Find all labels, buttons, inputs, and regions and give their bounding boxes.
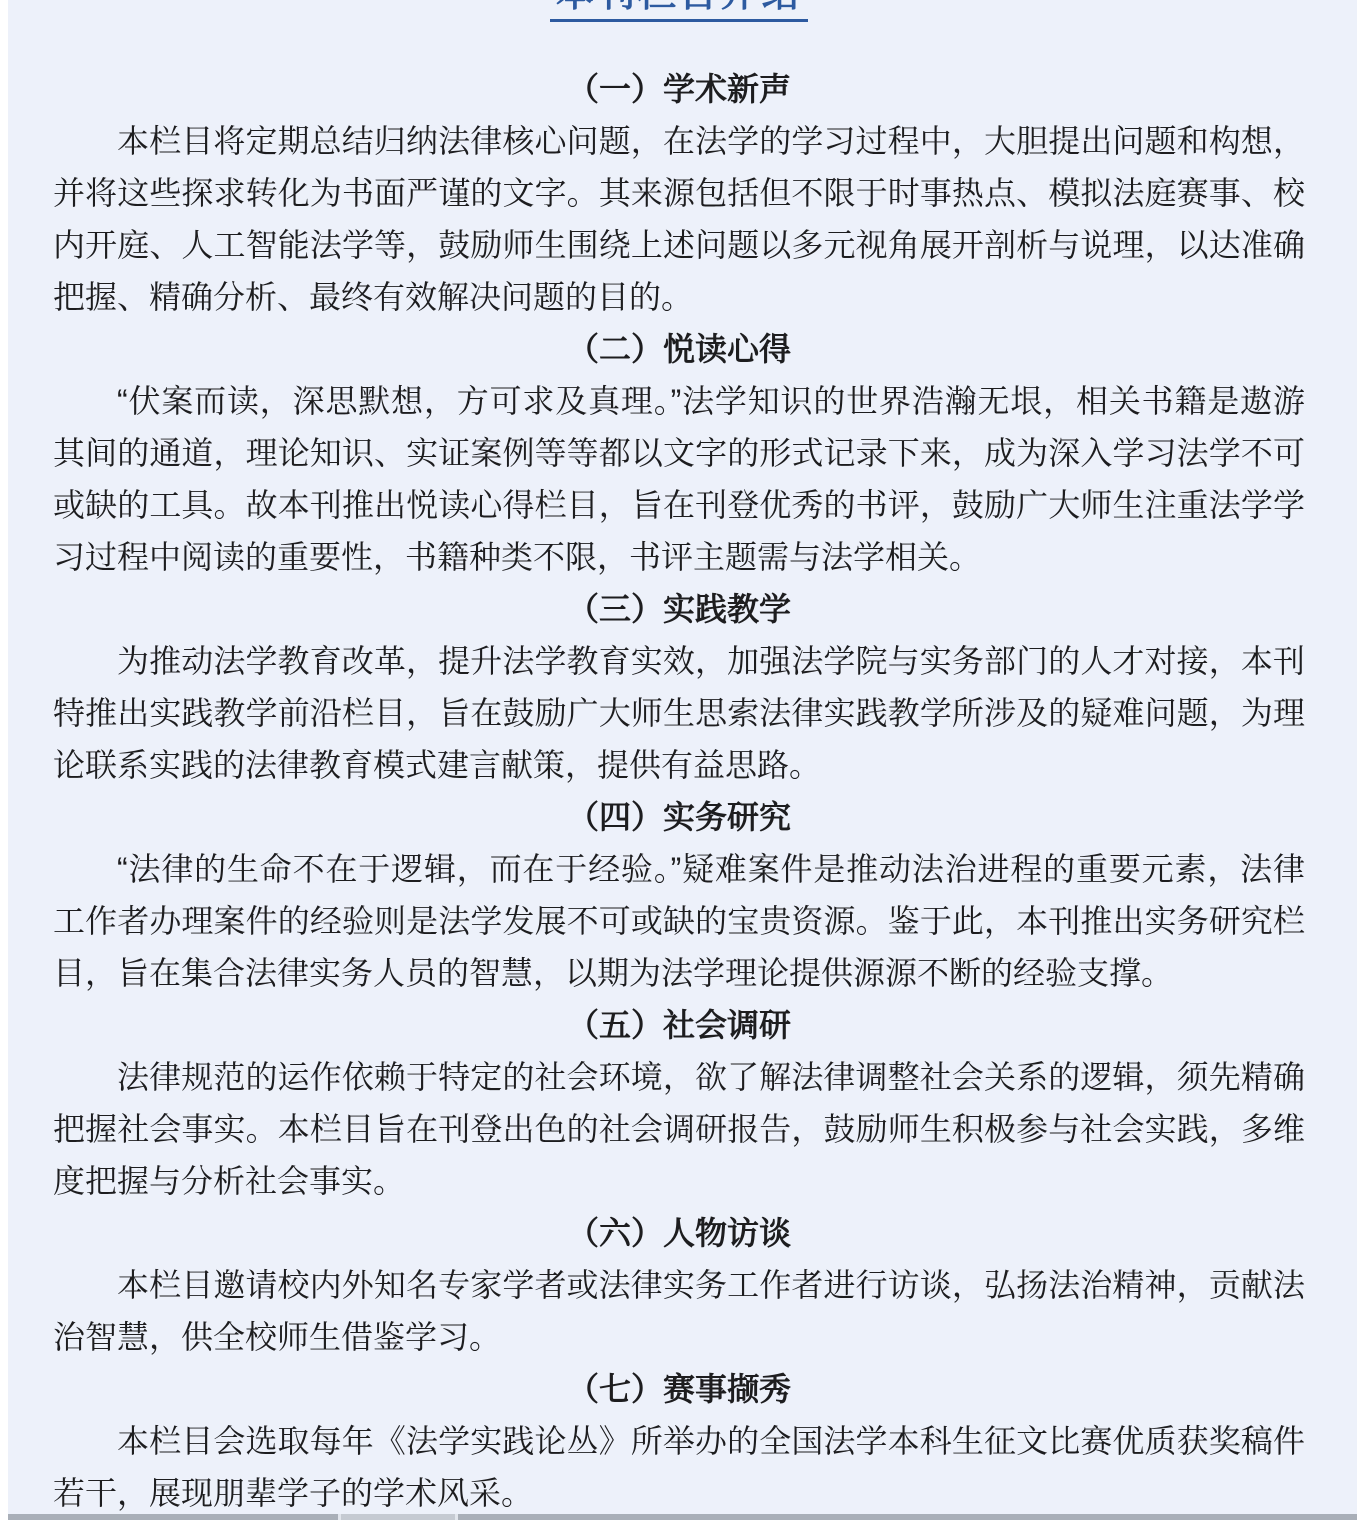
- section-body-paragraph: 本栏目邀请校内外知名专家学者或法律实务工作者进行访谈，弘扬法治精神，贡献法治智慧…: [53, 1259, 1305, 1363]
- section-body-paragraph: “法律的生命不在于逻辑，而在于经验。”疑难案件是推动法治进程的重要元素，法律工作…: [53, 843, 1305, 999]
- section-heading: （三）实践教学: [53, 583, 1305, 635]
- article-content: 本刊栏目介绍 （一）学术新声 本栏目将定期总结归纳法律核心问题，在法学的学习过程…: [0, 0, 1357, 1519]
- section-heading: （五）社会调研: [53, 999, 1305, 1051]
- bottom-cutoff-table-edge: [8, 1514, 1357, 1520]
- bottom-bar-light-segment: [341, 1514, 455, 1520]
- section-body-paragraph: 法律规范的运作依赖于特定的社会环境，欲了解法律调整社会关系的逻辑，须先精确把握社…: [53, 1051, 1305, 1207]
- section-heading: （七）赛事撷秀: [53, 1363, 1305, 1415]
- column-section: （七）赛事撷秀 本栏目会选取每年《法学实践论丛》所举办的全国法学本科生征文比赛优…: [53, 1363, 1305, 1519]
- column-section: （三）实践教学 为推动法学教育改革，提升法学教育实效，加强法学院与实务部门的人才…: [53, 583, 1305, 791]
- column-section: （六）人物访谈 本栏目邀请校内外知名专家学者或法律实务工作者进行访谈，弘扬法治精…: [53, 1207, 1305, 1363]
- left-margin-strip: [0, 0, 8, 1520]
- column-section: （二）悦读心得 “伏案而读，深思默想，方可求及真理。”法学知识的世界浩瀚无垠，相…: [53, 323, 1305, 583]
- section-body-paragraph: 本栏目会选取每年《法学实践论丛》所举办的全国法学本科生征文比赛优质获奖稿件若干，…: [53, 1415, 1305, 1519]
- section-heading: （一）学术新声: [53, 63, 1305, 115]
- column-section: （四）实务研究 “法律的生命不在于逻辑，而在于经验。”疑难案件是推动法治进程的重…: [53, 791, 1305, 999]
- section-body-paragraph: 本栏目将定期总结归纳法律核心问题，在法学的学习过程中，大胆提出问题和构想，并将这…: [53, 115, 1305, 323]
- column-section: （五）社会调研 法律规范的运作依赖于特定的社会环境，欲了解法律调整社会关系的逻辑…: [53, 999, 1305, 1207]
- sections-container: （一）学术新声 本栏目将定期总结归纳法律核心问题，在法学的学习过程中，大胆提出问…: [53, 63, 1305, 1519]
- article-page: 本刊栏目介绍 （一）学术新声 本栏目将定期总结归纳法律核心问题，在法学的学习过程…: [0, 0, 1357, 1520]
- column-section: （一）学术新声 本栏目将定期总结归纳法律核心问题，在法学的学习过程中，大胆提出问…: [53, 63, 1305, 323]
- section-body-paragraph: 为推动法学教育改革，提升法学教育实效，加强法学院与实务部门的人才对接，本刊特推出…: [53, 635, 1305, 791]
- bottom-bar-divider: [455, 1514, 458, 1520]
- section-heading: （六）人物访谈: [53, 1207, 1305, 1259]
- section-body-paragraph: “伏案而读，深思默想，方可求及真理。”法学知识的世界浩瀚无垠，相关书籍是遨游其间…: [53, 375, 1305, 583]
- page-title: 本刊栏目介绍: [550, 0, 808, 22]
- section-heading: （四）实务研究: [53, 791, 1305, 843]
- bottom-bar-divider: [338, 1514, 341, 1520]
- section-heading: （二）悦读心得: [53, 323, 1305, 375]
